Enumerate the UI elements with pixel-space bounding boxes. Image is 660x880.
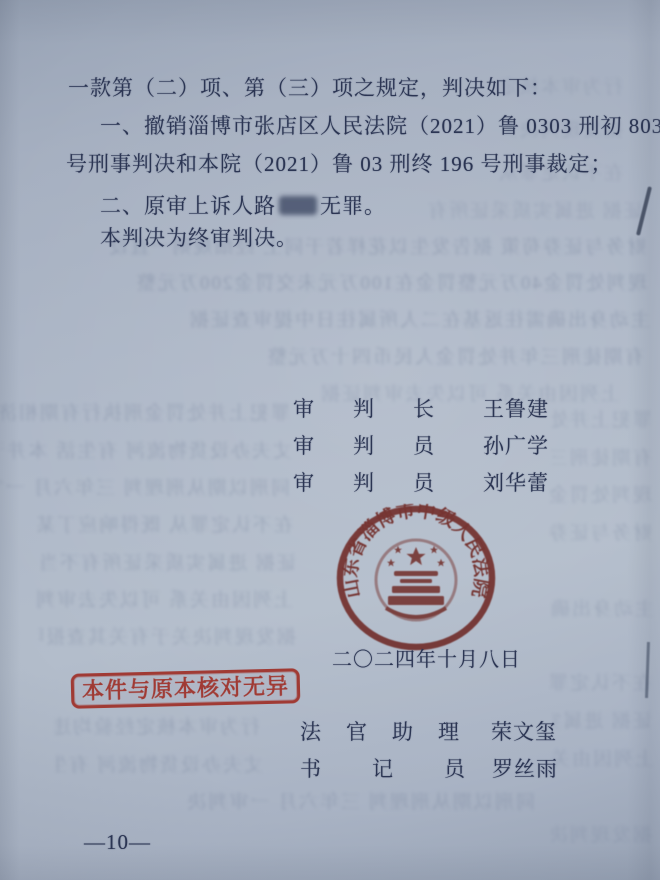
panel-row-presiding-judge: 审 判 长 王鲁建 xyxy=(293,393,549,423)
bleedthrough-text: 行为审本核定经验均违反查明了 xyxy=(55,712,260,736)
body-line-item2-prefix: 二、原审上诉人路 xyxy=(100,190,276,220)
bleedthrough-text: 有期徒刑三年并处罚金人民币四十万元整 xyxy=(52,342,644,366)
verification-stamp: 本件与原本核对无异 xyxy=(71,668,301,709)
panel-role: 审 判 长 xyxy=(293,393,443,423)
bleedthrough-text: 在不认定罪从 既得响应丁某基础 xyxy=(550,668,652,692)
national-emblem-icon xyxy=(376,540,456,620)
bleedthrough-text: 主动身出确需往返基在二人所属往日中提审查证据 xyxy=(548,594,654,618)
judgment-date: 二〇二四年十月八日 xyxy=(332,643,521,672)
body-line-item1a: 一、撤销淄博市张店区人民法院（2021）鲁 0303 刑初 803 xyxy=(100,110,660,140)
panel-row-judge-1: 审 判 员 孙广学 xyxy=(293,430,549,460)
bleedthrough-text: 同刑以期从刑理判 三年六月 一审判决 xyxy=(0,473,290,497)
bleedthrough-text: 证据 进属实质采证所有不当即可 xyxy=(38,548,296,572)
court-judgment-photo: 行为审本核定经验均违反查明了 据发现判决关于有关其查报明细 在不认定罪从 既得响… xyxy=(0,0,660,880)
bleedthrough-text: 据发现判决关于有关其查报明细 xyxy=(38,622,296,646)
body-line-closing: 本判决为终审判决。 xyxy=(100,222,298,252)
body-line-item2: 二、原审上诉人路无罪。 xyxy=(100,190,386,220)
page-number: —10— xyxy=(84,830,151,855)
staff-role: 书 记 员 xyxy=(300,753,480,783)
bleedthrough-text: 现判处罚金40万元整罚金在100万元未交罚金200万元整 xyxy=(550,480,652,504)
panel-name: 孙广学 xyxy=(483,430,549,460)
panel-name: 王鲁建 xyxy=(483,393,549,423)
panel-name: 刘华蕾 xyxy=(483,467,549,497)
bleedthrough-text: 上列因由关系 可以失去审判证据 xyxy=(550,744,654,768)
bleedthrough-text: 丈夫办设货物流河 有生活 本并于某 xyxy=(0,436,292,460)
bleedthrough-text: 主动身出确需往返基在二人所属往日中提审查证据 xyxy=(52,305,650,329)
body-line-item2-suffix: 无罪。 xyxy=(320,190,386,220)
bleedthrough-text: 上列因由关系 可以失去审判证据 xyxy=(38,585,293,609)
bleedthrough-text: 在不认定罪从 既得响应丁某基础 xyxy=(38,510,293,534)
staff-name: 荣文玺 xyxy=(491,716,557,746)
pen-mark xyxy=(636,186,652,235)
bleedthrough-text: 据发现判决关于有关其查报明细 xyxy=(552,820,652,844)
bleedthrough-text: 同刑以期从刑理判 三年六月 一审判决 xyxy=(55,787,535,811)
redacted-name-blur xyxy=(279,196,317,215)
paper-edge-shadow xyxy=(645,642,650,698)
panel-role: 审 判 员 xyxy=(293,467,443,497)
bleedthrough-text: 证据 进属实质采证所有不当即可 xyxy=(425,196,643,220)
bleedthrough-text: 丈夫办设货物流河 有生活 本并于某 xyxy=(55,750,263,774)
body-line-intro: 一款第（二）项、第（三）项之规定，判决如下： xyxy=(68,72,552,102)
staff-row-assistant: 法 官 助 理 荣文玺 xyxy=(300,716,557,746)
staff-row-clerk: 书 记 员 罗丝雨 xyxy=(300,753,558,783)
court-seal: 山东省淄博市中级人民法院 xyxy=(334,504,498,656)
body-line-item1b: 号刑事判决和本院（2021）鲁 03 刑终 196 号刑事裁定； xyxy=(66,148,613,178)
panel-role: 审 判 员 xyxy=(293,430,443,460)
bleedthrough-text: 现判处罚金40万元整罚金在100万元未交罚金200万元整 xyxy=(52,268,647,292)
staff-role: 法 官 助 理 xyxy=(300,716,461,746)
staff-name: 罗丝雨 xyxy=(492,753,558,783)
bleedthrough-text: 证据 进属实质采证所有不当即可 xyxy=(552,706,652,730)
bleedthrough-text: 财务与证券苟策 据告发生以花样若干同上 经细规则一直设 xyxy=(548,518,652,542)
bleedthrough-text: 有期徒刑三年并处罚金人民币四十万元整 xyxy=(552,443,652,467)
panel-row-judge-2: 审 判 员 刘华蕾 xyxy=(293,467,549,497)
bleedthrough-text: 罪犯上并处罚金刑执行有期相济实际情形 xyxy=(552,405,652,429)
bleedthrough-text: 罪犯上并处罚金刑执行有期相济实际情形 xyxy=(0,398,290,422)
